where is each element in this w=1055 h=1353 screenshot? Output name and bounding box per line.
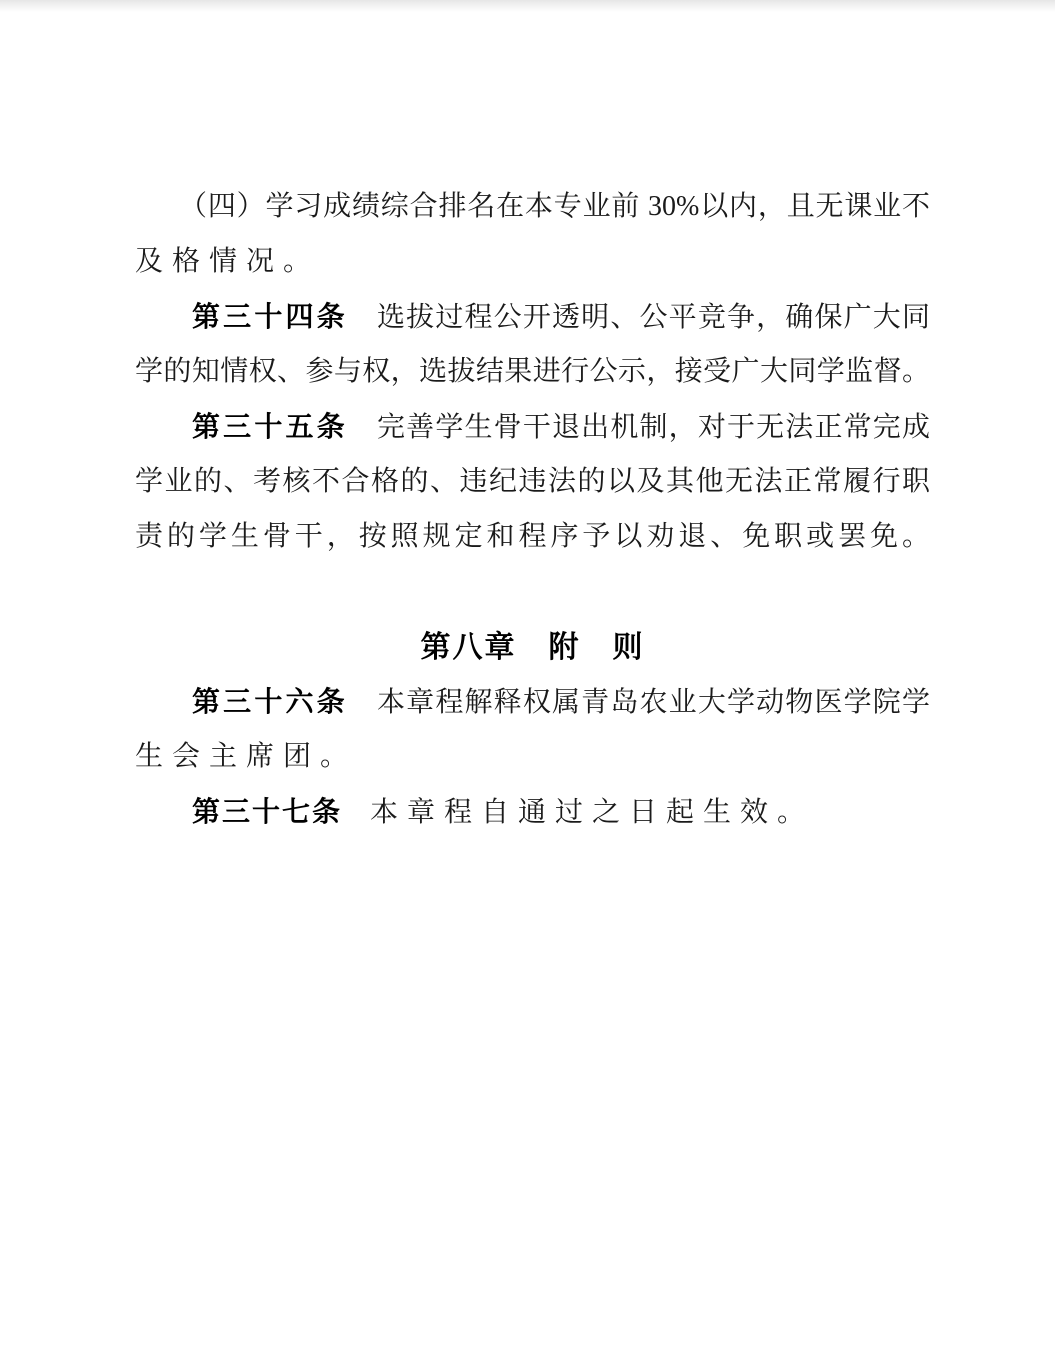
label-gap bbox=[348, 710, 376, 711]
blank-line bbox=[135, 573, 930, 628]
clause-four-line-2: 及格情况。 bbox=[135, 243, 930, 298]
article-35-label: 第三十五条 bbox=[192, 411, 348, 442]
clause-four-line-1: （四）学习成绩综合排名在本专业前 30%以内，且无课业不 bbox=[135, 188, 930, 243]
article-35-line-3: 责的学生骨干，按照规定和程序予以劝退、免职或罢免。 bbox=[135, 518, 930, 573]
article-35-line-2: 学业的、考核不合格的、违纪违法的以及其他无法正常履行职 bbox=[135, 463, 930, 518]
label-gap bbox=[348, 435, 376, 436]
page-top-edge-shadow bbox=[0, 0, 1055, 12]
chapter-8-heading: 第八章 附 则 bbox=[135, 628, 930, 683]
article-34-label: 第三十四条 bbox=[192, 301, 348, 332]
article-36-label: 第三十六条 bbox=[192, 686, 348, 717]
article-34-line-1: 第三十四条选拔过程公开透明、公平竞争，确保广大同 bbox=[135, 298, 930, 353]
article-36-text: 本章程解释权属青岛农业大学动物医学院学 bbox=[376, 687, 930, 718]
article-35-line-1: 第三十五条完善学生骨干退出机制，对于无法正常完成 bbox=[135, 408, 930, 463]
article-37-label: 第三十七条 bbox=[192, 796, 342, 827]
article-37-text: 本章程自通过之日起生效。 bbox=[370, 797, 814, 828]
article-34-line-2: 学的知情权、参与权，选拔结果进行公示，接受广大同学监督。 bbox=[135, 353, 930, 408]
article-36-line-2: 生会主席团。 bbox=[135, 738, 930, 793]
label-gap bbox=[348, 325, 376, 326]
article-37-line-1: 第三十七条本章程自通过之日起生效。 bbox=[135, 793, 930, 848]
article-35-text: 完善学生骨干退出机制，对于无法正常完成 bbox=[376, 412, 930, 443]
document-page: （四）学习成绩综合排名在本专业前 30%以内，且无课业不 及格情况。 第三十四条… bbox=[135, 188, 930, 848]
article-36-line-1: 第三十六条本章程解释权属青岛农业大学动物医学院学 bbox=[135, 683, 930, 738]
label-gap bbox=[342, 820, 370, 821]
article-34-text: 选拔过程公开透明、公平竞争，确保广大同 bbox=[376, 302, 930, 333]
